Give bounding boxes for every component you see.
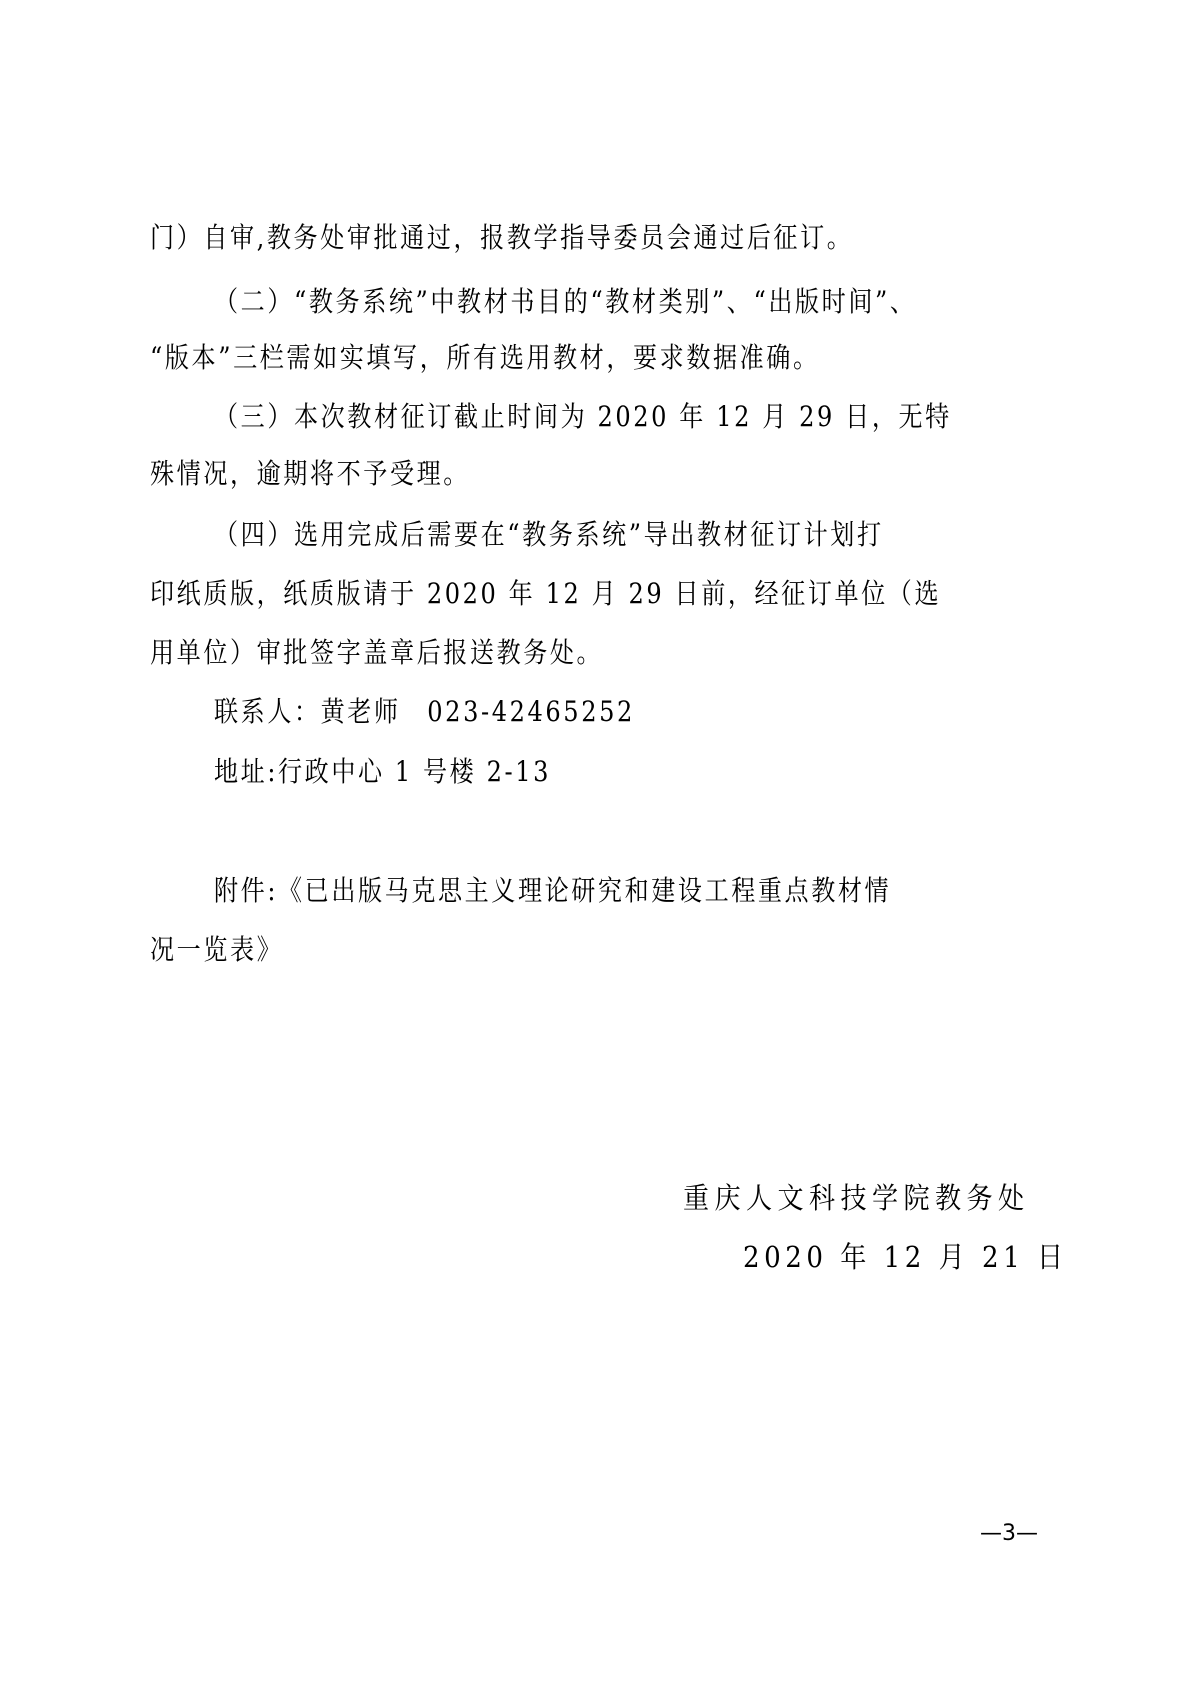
contact-line: 联系人：黄老师 023-42465252 (214, 692, 979, 732)
item-two-line: （二）“教务系统”中教材书目的“教材类别”、“出版时间”、 (214, 282, 979, 322)
item-four-line: （四）选用完成后需要在“教务系统”导出教材征订计划打 (214, 515, 979, 555)
paragraph-line: 门）自审,教务处审批通过，报教学指导委员会通过后征订。 (150, 218, 915, 258)
signature-date: 2020 年 12 月 21 日 (743, 1237, 1068, 1277)
paragraph-line: 殊情况，逾期将不予受理。 (150, 454, 915, 494)
page-number: —3— (980, 1516, 1038, 1552)
paragraph-line: “版本”三栏需如实填写，所有选用教材，要求数据准确。 (150, 338, 915, 378)
signature-org: 重庆人文科技学院教务处 (683, 1178, 1030, 1218)
attachment-line: 附件:《已出版马克思主义理论研究和建设工程重点教材情 (214, 871, 979, 911)
item-three-line: （三）本次教材征订截止时间为 2020 年 12 月 29 日，无特 (214, 397, 979, 437)
paragraph-line: 印纸质版，纸质版请于 2020 年 12 月 29 日前，经征订单位（选 (150, 574, 915, 614)
attachment-line-cont: 况一览表》 (150, 930, 915, 970)
paragraph-line: 用单位）审批签字盖章后报送教务处。 (150, 633, 915, 673)
address-line: 地址:行政中心 1 号楼 2-13 (214, 752, 979, 792)
